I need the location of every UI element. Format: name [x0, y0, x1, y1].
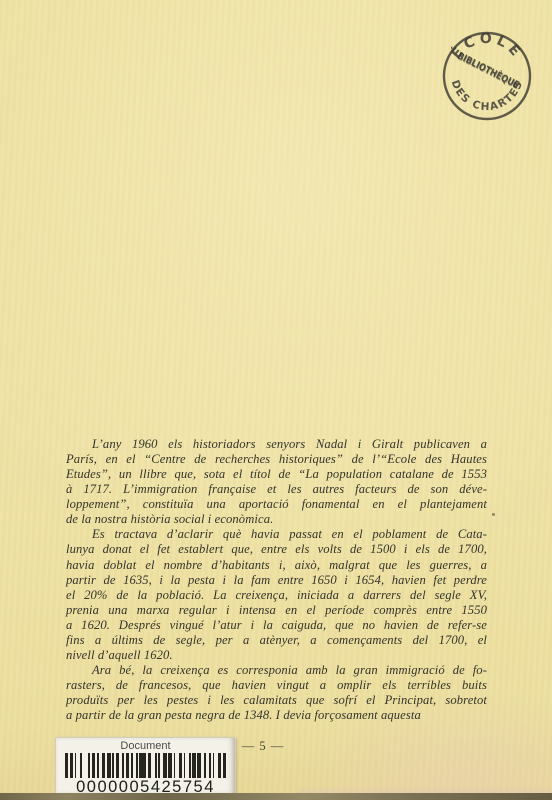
text-block: L’any 1960 els historiadors senyors Nada… — [66, 437, 487, 723]
scanned-page: ÉCOLE DES CHARTES BIBLIOTHÈQUE BIBLIOTHÈ… — [0, 0, 552, 800]
library-stamp: ÉCOLE DES CHARTES BIBLIOTHÈQUE BIBLIOTHÈ… — [436, 25, 540, 129]
text-line: a 1620. Després vingué l’atur i la caigu… — [66, 618, 487, 633]
barcode-bar — [223, 753, 226, 778]
text-line: Ara bé, la creixença es corresponia amb … — [66, 663, 487, 678]
text-line: Etudes”, un llibre que, sota el títol de… — [66, 467, 487, 482]
text-line: à 1717. L’immigration française et les a… — [66, 482, 487, 497]
text-line: nivell d’aquell 1620. — [66, 648, 487, 663]
paper-speck — [492, 513, 495, 516]
barcode-sticker: Document 0000005425754 — [55, 737, 236, 797]
text-line: loppement”, constituïa una aportació fon… — [66, 497, 487, 512]
text-line: partir de 1635, i la pesta i la fam entr… — [66, 573, 487, 588]
text-line: lunya donat el fet establert que, entre … — [66, 542, 487, 557]
text-line: prenia una marxa regular i intensa en el… — [66, 603, 487, 618]
text-line: París, en el “Centre de recherches histo… — [66, 452, 487, 467]
text-line: havia doblat el nombre d’habitants i, ai… — [66, 558, 487, 573]
barcode-gap — [82, 753, 89, 778]
text-line: a partir de la gran pesta negra de 1348.… — [66, 708, 487, 723]
text-line: Es tractava d’aclarir què havia passat e… — [66, 527, 487, 542]
page-number: — 5 — — [236, 739, 290, 754]
text-line: el 20% de la població. La creixença, ini… — [66, 588, 487, 603]
scan-bottom-edge — [0, 793, 552, 800]
barcode-title: Document — [56, 740, 235, 753]
text-line: de la nostra història social i econòmica… — [66, 512, 487, 527]
text-line: produïts per les pestes i les calamitats… — [66, 693, 487, 708]
text-line: fins a últims de segle, per a atènyer, a… — [66, 633, 487, 648]
text-line: L’any 1960 els historiadors senyors Nada… — [66, 437, 487, 452]
barcode-bar — [139, 753, 146, 778]
text-line: rasters, de francesos, que havien vingut… — [66, 678, 487, 693]
barcode-bars — [65, 753, 227, 778]
